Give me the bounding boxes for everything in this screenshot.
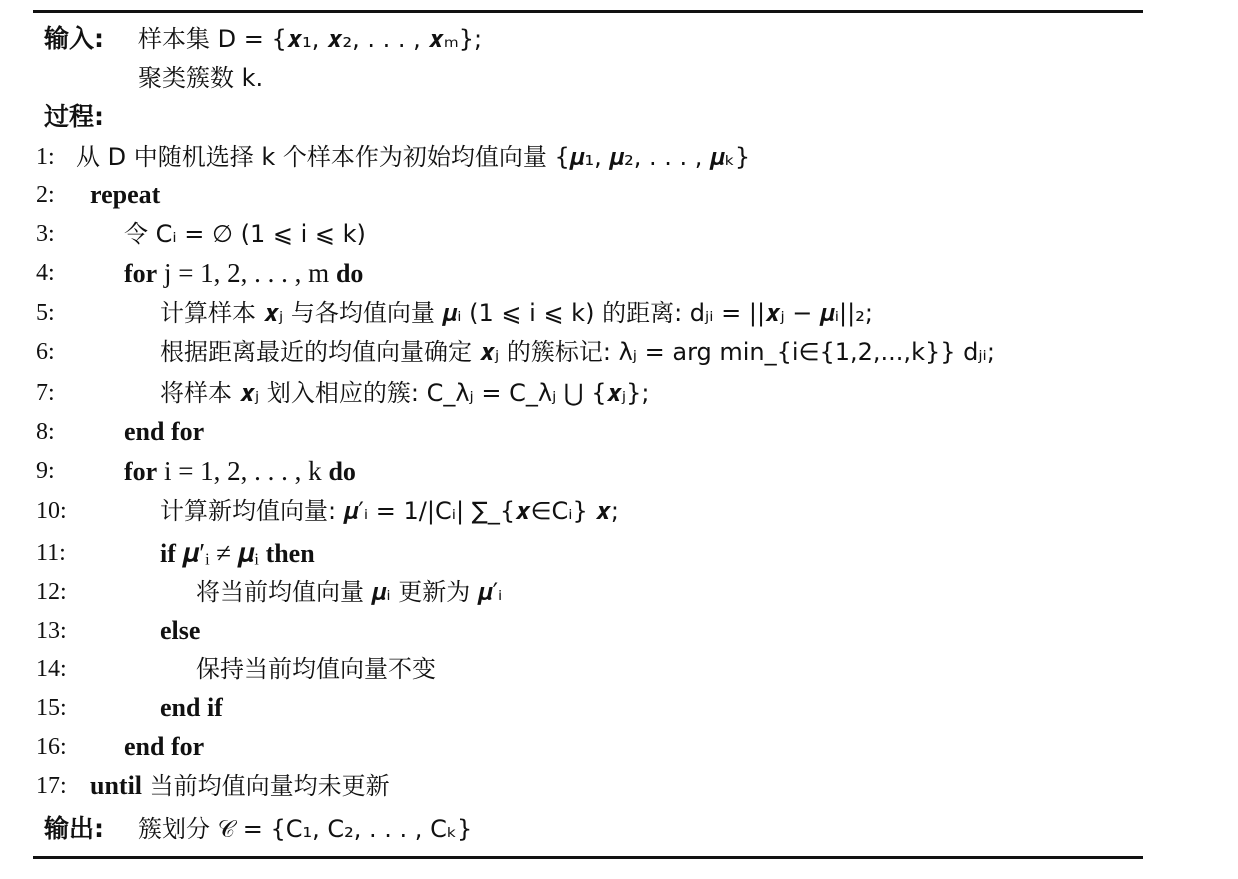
step-number: 16:	[36, 728, 67, 766]
keyword-end-if: end if	[160, 689, 223, 727]
step-text: j = 1, 2, . . . , m	[157, 258, 336, 288]
step-number: 12:	[36, 573, 67, 611]
step-number: 5:	[36, 294, 55, 332]
step-text: 保持当前均值向量不变	[196, 650, 436, 688]
top-rule	[33, 10, 1143, 13]
output-line: 簇划分 𝒞 = {C₁, C₂, . . . , Cₖ}	[138, 810, 472, 848]
step-text: 根据距离最近的均值向量确定 𝒙ⱼ 的簇标记: λⱼ = arg min_{i∈{…	[160, 333, 995, 371]
step-text: 𝝁′ᵢ ≠ 𝝁ᵢ	[176, 538, 266, 568]
output-label: 输出:	[44, 810, 104, 848]
step-text: 从 D 中随机选择 k 个样本作为初始均值向量 {𝝁₁, 𝝁₂, . . . ,…	[76, 138, 750, 176]
step-number: 4:	[36, 254, 55, 292]
step-text: 令 Cᵢ = ∅ (1 ⩽ i ⩽ k)	[124, 215, 366, 253]
keyword-do: do	[328, 457, 355, 486]
step-number: 3:	[36, 215, 55, 253]
keyword-for: for	[124, 259, 157, 288]
step-number: 11:	[36, 534, 66, 572]
step-number: 7:	[36, 374, 55, 412]
keyword-repeat: repeat	[90, 176, 160, 214]
keyword-else: else	[160, 612, 200, 650]
step-text: 将样本 𝒙ⱼ 划入相应的簇: C_λⱼ = C_λⱼ ⋃ {𝒙ⱼ};	[160, 374, 649, 412]
step-number: 9:	[36, 452, 55, 490]
step-text: 当前均值向量均未更新	[142, 772, 390, 800]
keyword-until: until	[90, 771, 142, 800]
bottom-rule	[33, 856, 1143, 859]
process-label: 过程:	[44, 98, 104, 136]
step-text: 计算样本 𝒙ⱼ 与各均值向量 𝝁ᵢ (1 ⩽ i ⩽ k) 的距离: dⱼᵢ =…	[160, 294, 873, 332]
step-number: 15:	[36, 689, 67, 727]
step-text: 将当前均值向量 𝝁ᵢ 更新为 𝝁′ᵢ	[196, 573, 502, 611]
step-number: 17:	[36, 767, 67, 805]
step-number: 13:	[36, 612, 67, 650]
keyword-for: for	[124, 457, 157, 486]
input-label: 输入:	[44, 20, 104, 58]
step-text: i = 1, 2, . . . , k	[157, 456, 328, 486]
keyword-then: then	[266, 539, 315, 568]
keyword-end-for: end for	[124, 413, 204, 451]
keyword-do: do	[336, 259, 363, 288]
step-number: 10:	[36, 492, 67, 530]
input-line-1: 样本集 D = {𝒙₁, 𝒙₂, . . . , 𝒙ₘ};	[138, 20, 482, 58]
step-number: 14:	[36, 650, 67, 688]
keyword-end-for: end for	[124, 728, 204, 766]
step-number: 6:	[36, 333, 55, 371]
step-number: 1:	[36, 138, 55, 176]
step-number: 2:	[36, 176, 55, 214]
keyword-if: if	[160, 539, 176, 568]
input-line-2: 聚类簇数 k.	[138, 59, 263, 97]
step-number: 8:	[36, 413, 55, 451]
step-text: 计算新均值向量: 𝝁′ᵢ = 1/|Cᵢ| ∑_{𝒙∈Cᵢ} 𝒙;	[160, 492, 619, 530]
